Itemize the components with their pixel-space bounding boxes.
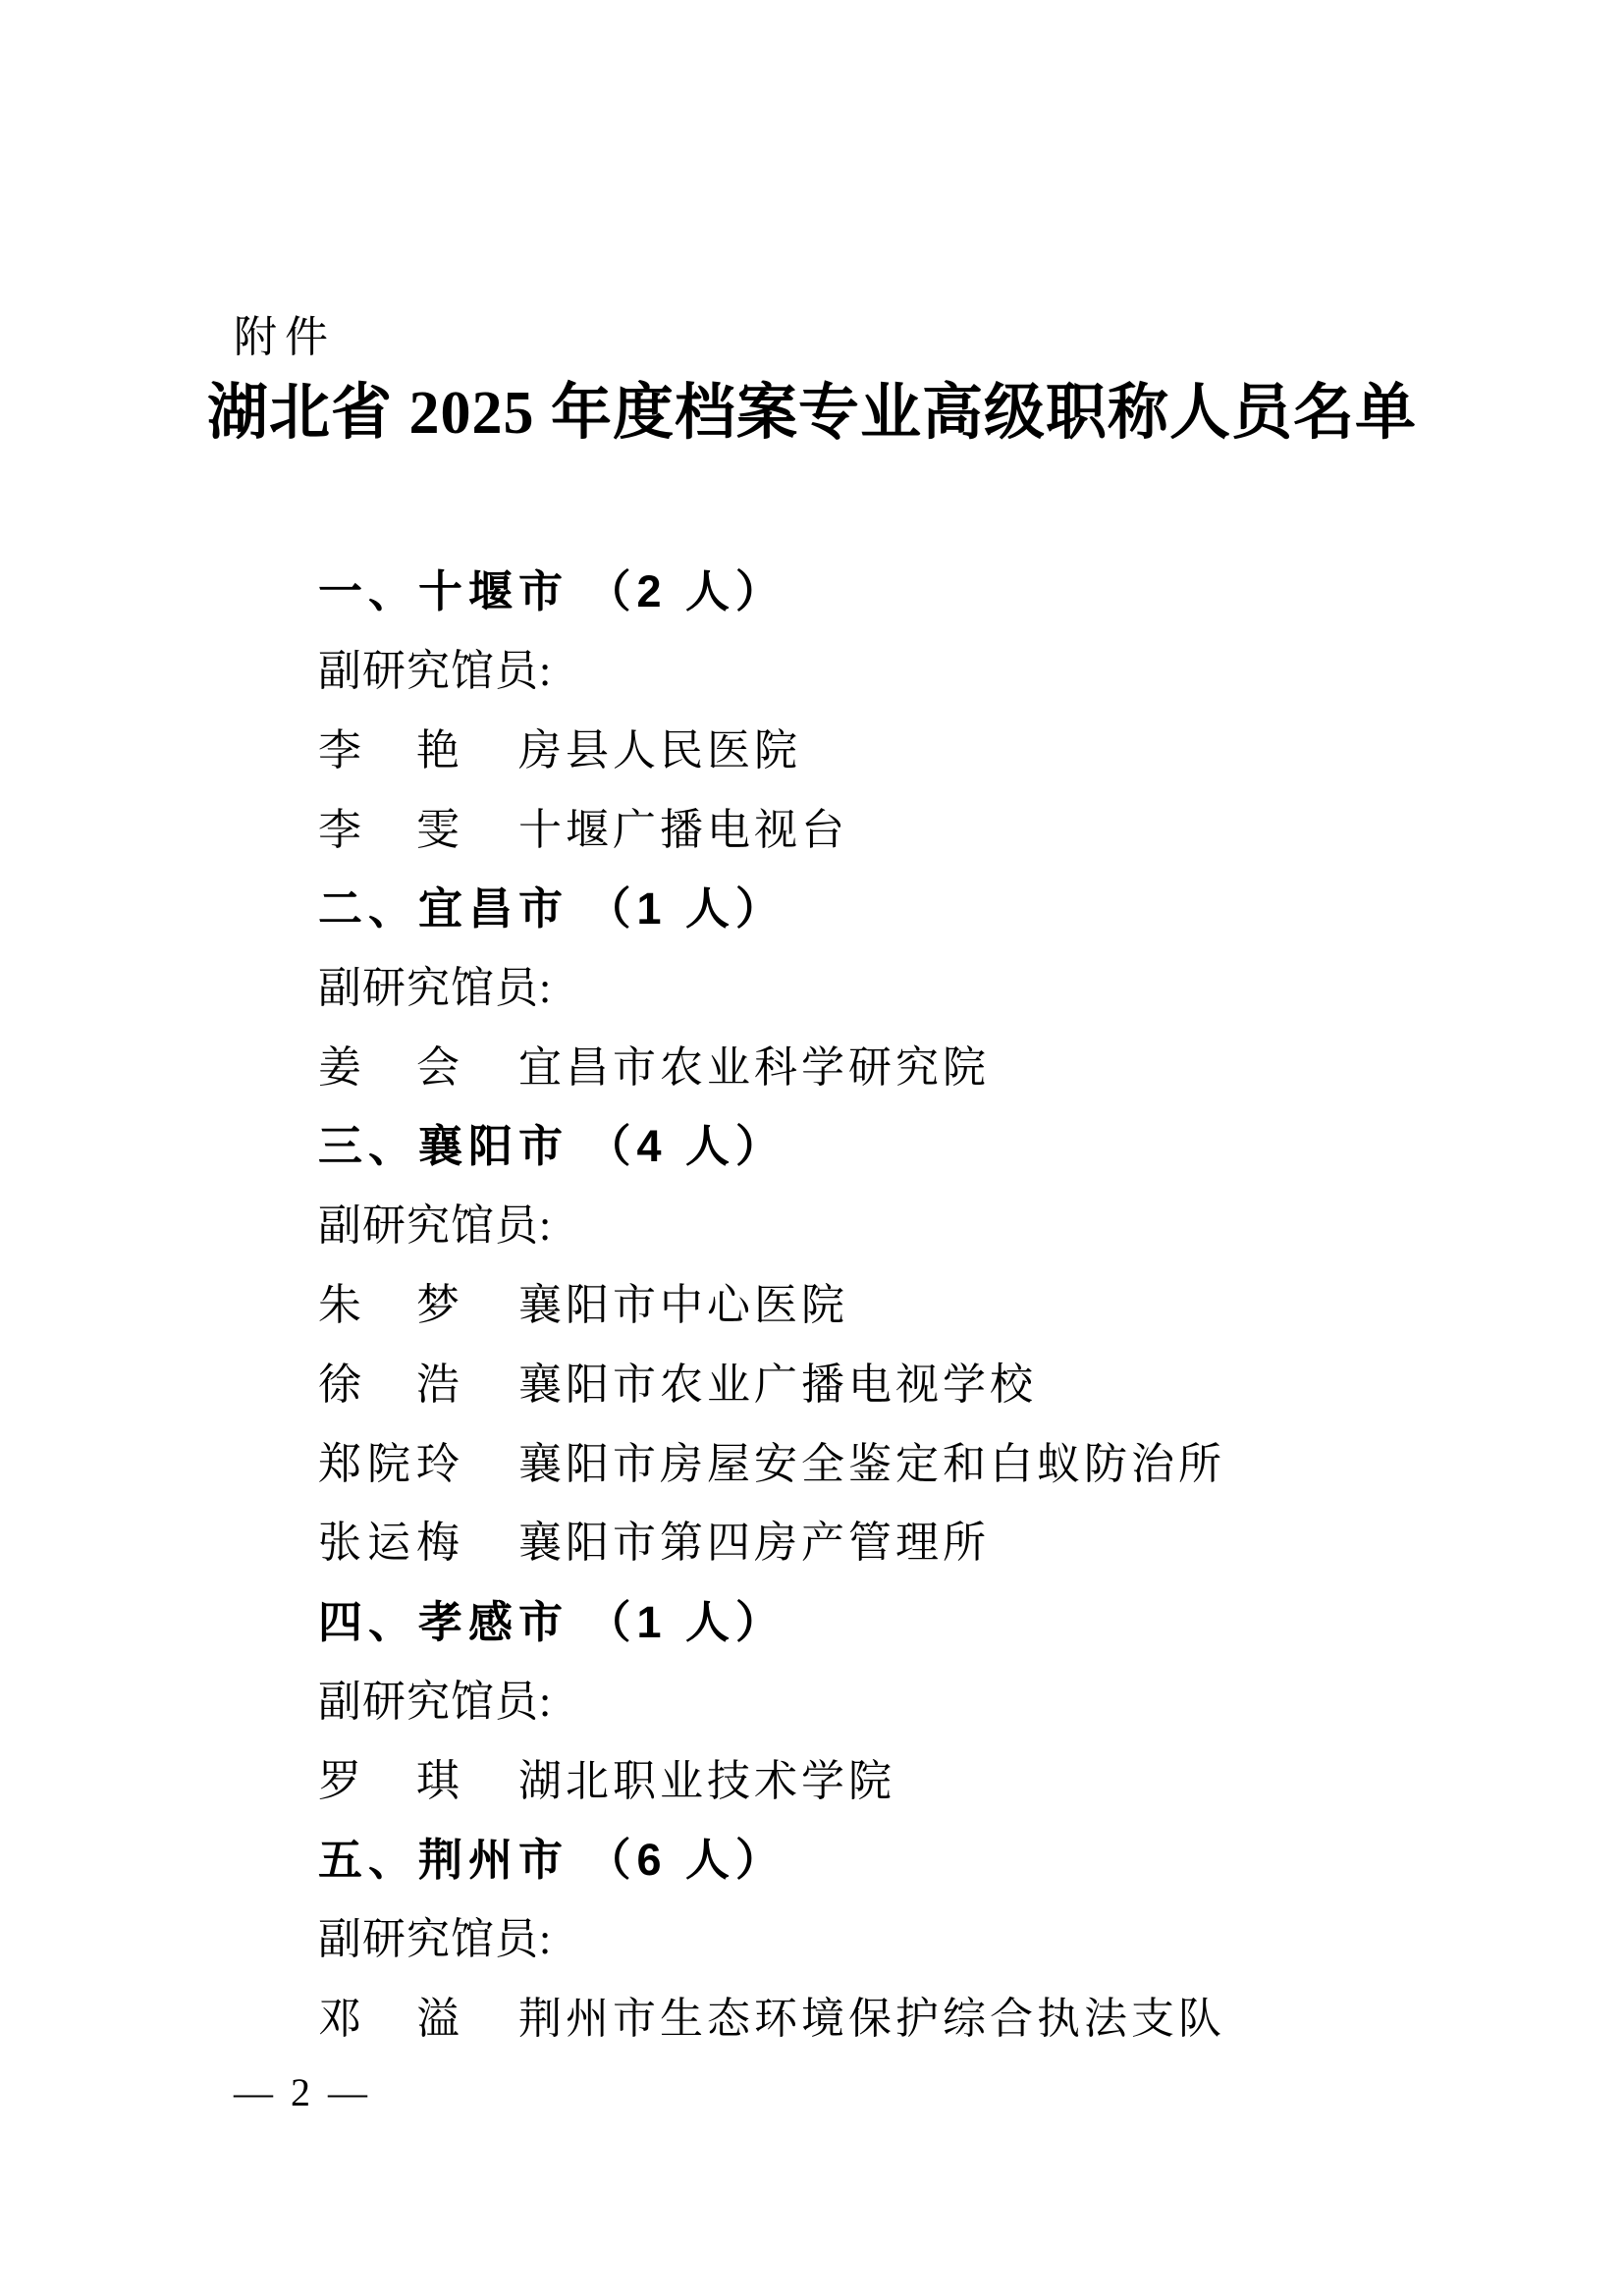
- person-row: 罗 琪湖北职业技术学院: [318, 1736, 1526, 1816]
- document-title: 湖北省 2025 年度档案专业高级职称人员名单: [0, 379, 1624, 449]
- person-name: 郑院玲: [318, 1428, 518, 1491]
- section-heading: 四、孝感市 （1 人）: [318, 1578, 1526, 1658]
- person-name: 姜 会: [318, 1032, 518, 1095]
- section-heading: 五、荆州市 （6 人）: [318, 1816, 1526, 1896]
- person-organization: 湖北职业技术学院: [518, 1745, 895, 1808]
- person-row: 朱 梦襄阳市中心医院: [318, 1261, 1526, 1341]
- person-name: 朱 梦: [318, 1269, 518, 1332]
- document-page: 附件 湖北省 2025 年度档案专业高级职称人员名单 一、十堰市 （2 人）副研…: [0, 0, 1624, 2296]
- person-organization: 宜昌市农业科学研究院: [518, 1032, 990, 1095]
- person-organization: 襄阳市房屋安全鉴定和白蚁防治所: [518, 1428, 1225, 1491]
- person-row: 徐 浩襄阳市农业广播电视学校: [318, 1341, 1526, 1420]
- rank-label: 副研究馆员:: [318, 1182, 1526, 1261]
- rank-label: 副研究馆员:: [318, 627, 1526, 707]
- section-heading: 三、襄阳市 （4 人）: [318, 1102, 1526, 1182]
- person-organization: 襄阳市农业广播电视学校: [518, 1349, 1037, 1412]
- person-row: 李 艳房县人民医院: [318, 707, 1526, 786]
- person-row: 姜 会宜昌市农业科学研究院: [318, 1024, 1526, 1103]
- person-organization: 襄阳市第四房产管理所: [518, 1507, 990, 1570]
- page-number: — 2 —: [234, 2069, 371, 2115]
- person-organization: 十堰广播电视台: [518, 794, 848, 857]
- person-row: 邓 溢荆州市生态环境保护综合执法支队: [318, 1975, 1526, 2055]
- person-name: 邓 溢: [318, 1983, 518, 2046]
- rank-label: 副研究馆员:: [318, 944, 1526, 1024]
- person-row: 李 雯十堰广播电视台: [318, 785, 1526, 865]
- person-row: 郑院玲襄阳市房屋安全鉴定和白蚁防治所: [318, 1419, 1526, 1499]
- person-name: 徐 浩: [318, 1349, 518, 1412]
- person-name: 李 艳: [318, 715, 518, 777]
- person-name: 李 雯: [318, 794, 518, 857]
- document-body: 一、十堰市 （2 人）副研究馆员:李 艳房县人民医院李 雯十堰广播电视台二、宜昌…: [318, 548, 1526, 2054]
- section-heading: 二、宜昌市 （1 人）: [318, 865, 1526, 944]
- person-row: 张运梅襄阳市第四房产管理所: [318, 1499, 1526, 1578]
- section-heading: 一、十堰市 （2 人）: [318, 548, 1526, 627]
- person-name: 张运梅: [318, 1507, 518, 1570]
- attachment-label: 附件: [234, 316, 336, 359]
- rank-label: 副研究馆员:: [318, 1896, 1526, 1975]
- rank-label: 副研究馆员:: [318, 1658, 1526, 1737]
- person-organization: 房县人民医院: [518, 715, 801, 777]
- person-name: 罗 琪: [318, 1745, 518, 1808]
- person-organization: 襄阳市中心医院: [518, 1269, 848, 1332]
- person-organization: 荆州市生态环境保护综合执法支队: [518, 1983, 1225, 2046]
